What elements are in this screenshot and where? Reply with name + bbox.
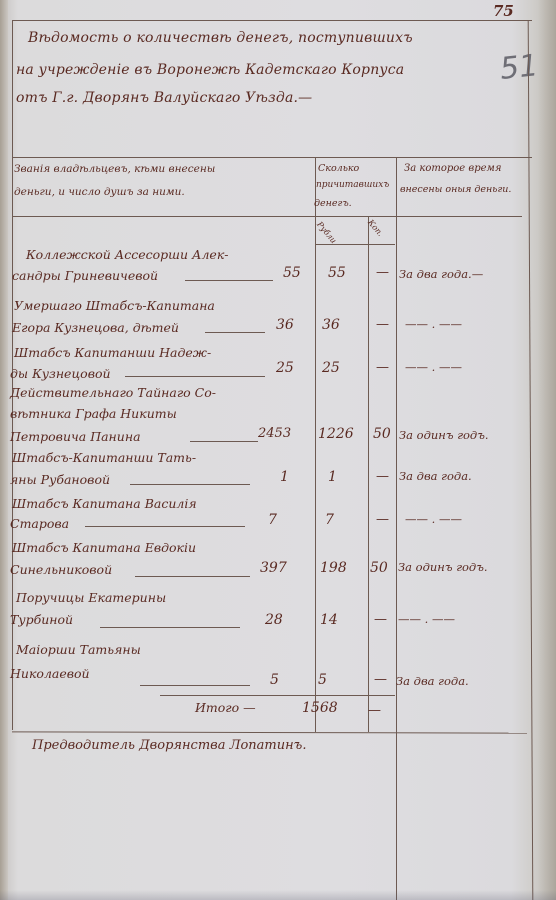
row-name-line: Штабсъ Капитанши Надеж-: [14, 345, 211, 360]
row-rubles: 25: [322, 360, 340, 376]
row-name-line: Петровича Панина: [10, 429, 141, 444]
row-name-line: Турбиной: [10, 612, 73, 627]
row-rubles: 5: [318, 672, 327, 688]
row-name-line: ды Кузнецовой: [10, 366, 111, 381]
row-rubles: 14: [320, 612, 338, 628]
row-name-line: Николаевой: [10, 666, 90, 681]
row-kopecks: —: [376, 512, 389, 527]
leader-line: [205, 332, 265, 333]
row-name-line: Штабсъ Капитана Евдокiи: [12, 540, 196, 555]
divider-col1-col2: [315, 157, 316, 732]
row-name-line: Умершаго Штабсъ-Капитана: [14, 298, 215, 313]
title-line-2: на учрежденiе въ Воронежѣ Кадетскаго Кор…: [16, 62, 404, 78]
row-name-line: Штабсъ Капитана Василiя: [12, 496, 197, 511]
header-col1-line2: деньги, и число душъ за ними.: [14, 186, 185, 198]
header-col2-line1: Сколько: [318, 163, 359, 174]
row-kopecks: —: [374, 612, 387, 627]
book-spine: [0, 0, 8, 900]
row-souls: 25: [276, 360, 294, 376]
row-name-line: сандры Гриневичевой: [12, 268, 158, 283]
leader-line: [140, 685, 250, 686]
row-period: За одинъ годъ.: [399, 428, 489, 442]
row-period: За два года.: [399, 469, 472, 483]
header-col2-line3: денегъ.: [314, 198, 352, 209]
page-bottom-shadow: [0, 890, 556, 900]
row-period: —— . ——: [405, 360, 462, 374]
row-rubles: 7: [325, 512, 334, 528]
leader-line: [130, 484, 250, 485]
row-period: За два года.—: [399, 267, 483, 281]
row-rubles: 36: [322, 317, 340, 333]
row-souls: 55: [283, 265, 301, 281]
row-souls: 7: [268, 512, 277, 528]
row-souls: 5: [270, 672, 279, 688]
row-kopecks: —: [374, 672, 387, 687]
row-souls: 1: [280, 469, 289, 485]
divider-col2-col3: [396, 157, 397, 900]
row-souls: 2453: [258, 426, 291, 441]
total-top-rule: [160, 695, 395, 696]
row-kopecks: —: [376, 360, 389, 375]
row-kopecks: —: [376, 469, 389, 484]
row-rubles: 198: [320, 560, 347, 576]
row-name-line: Егора Кузнецова, дѣтей: [12, 320, 179, 335]
row-rubles: 1226: [318, 426, 354, 442]
table-top-rule: [12, 157, 532, 158]
subheader-rubles: Рубли: [315, 220, 338, 245]
leader-line: [125, 376, 265, 377]
total-kopecks: —: [368, 703, 381, 718]
row-name-line: Поручицы Екатерины: [16, 590, 166, 605]
row-kopecks: —: [376, 317, 389, 332]
row-period: За одинъ годъ.: [398, 560, 488, 574]
row-period: —— . ——: [405, 512, 462, 526]
row-rubles: 1: [328, 469, 337, 485]
header-col2-line2: причитавшихъ: [316, 180, 389, 190]
ledger-page: 75 51 Вѣдомость о количествѣ денегъ, пос…: [0, 0, 556, 900]
subheader-rule: [315, 244, 395, 245]
frame-top-rule: [12, 20, 532, 21]
row-souls: 36: [276, 317, 294, 333]
row-name-line: Действительнаго Тайнаго Со-: [10, 385, 216, 400]
row-rubles: 55: [328, 265, 346, 281]
row-kopecks: 50: [370, 560, 388, 576]
leader-line: [85, 526, 245, 527]
total-rubles: 1568: [302, 700, 338, 716]
leader-line: [185, 280, 273, 281]
row-souls: 28: [265, 612, 283, 628]
row-name-line: Синельниковой: [10, 562, 112, 577]
row-name-line: Маiорши Татьяны: [16, 642, 141, 657]
header-col1-line1: Званiя владѣльцевъ, кѣми внесены: [14, 163, 215, 175]
row-name-line: яны Рубановой: [10, 472, 110, 487]
row-name-line: Коллежской Ассесорши Алек-: [26, 247, 229, 262]
row-period: —— . ——: [405, 317, 462, 331]
row-kopecks: 50: [373, 426, 391, 442]
row-name-line: Штабсъ-Капитанши Тать-: [12, 450, 196, 465]
folio-number: 75: [493, 2, 514, 20]
header-col3-line1: За которое время: [404, 163, 501, 174]
signature: Предводитель Дворянства Лопатинъ.: [32, 738, 306, 753]
table-bottom-rule: [12, 731, 527, 733]
page-edge-shadow: [538, 0, 556, 900]
leader-line: [100, 627, 240, 628]
title-line-1: Вѣдомость о количествѣ денегъ, поступивш…: [28, 30, 413, 46]
row-name-line: вѣтника Графа Никиты: [10, 406, 177, 421]
leader-line: [190, 441, 258, 442]
row-period: —— . ——: [398, 612, 455, 626]
pencil-archive-number: 51: [498, 48, 540, 87]
header-col3-line2: внесены оныя деньги.: [400, 184, 511, 195]
frame-right-rule: [528, 20, 534, 900]
row-souls: 397: [260, 560, 287, 576]
divider-rubles-kopecks: [368, 216, 369, 732]
leader-line: [135, 576, 250, 577]
title-line-3: отъ Г.г. Дворянъ Валуйскаго Уѣзда.—: [16, 90, 312, 106]
row-kopecks: —: [376, 265, 389, 280]
header-bottom-rule: [12, 216, 522, 217]
row-name-line: Старова: [10, 516, 69, 531]
total-label: Итого —: [195, 700, 256, 715]
row-period: За два года.: [396, 674, 469, 688]
